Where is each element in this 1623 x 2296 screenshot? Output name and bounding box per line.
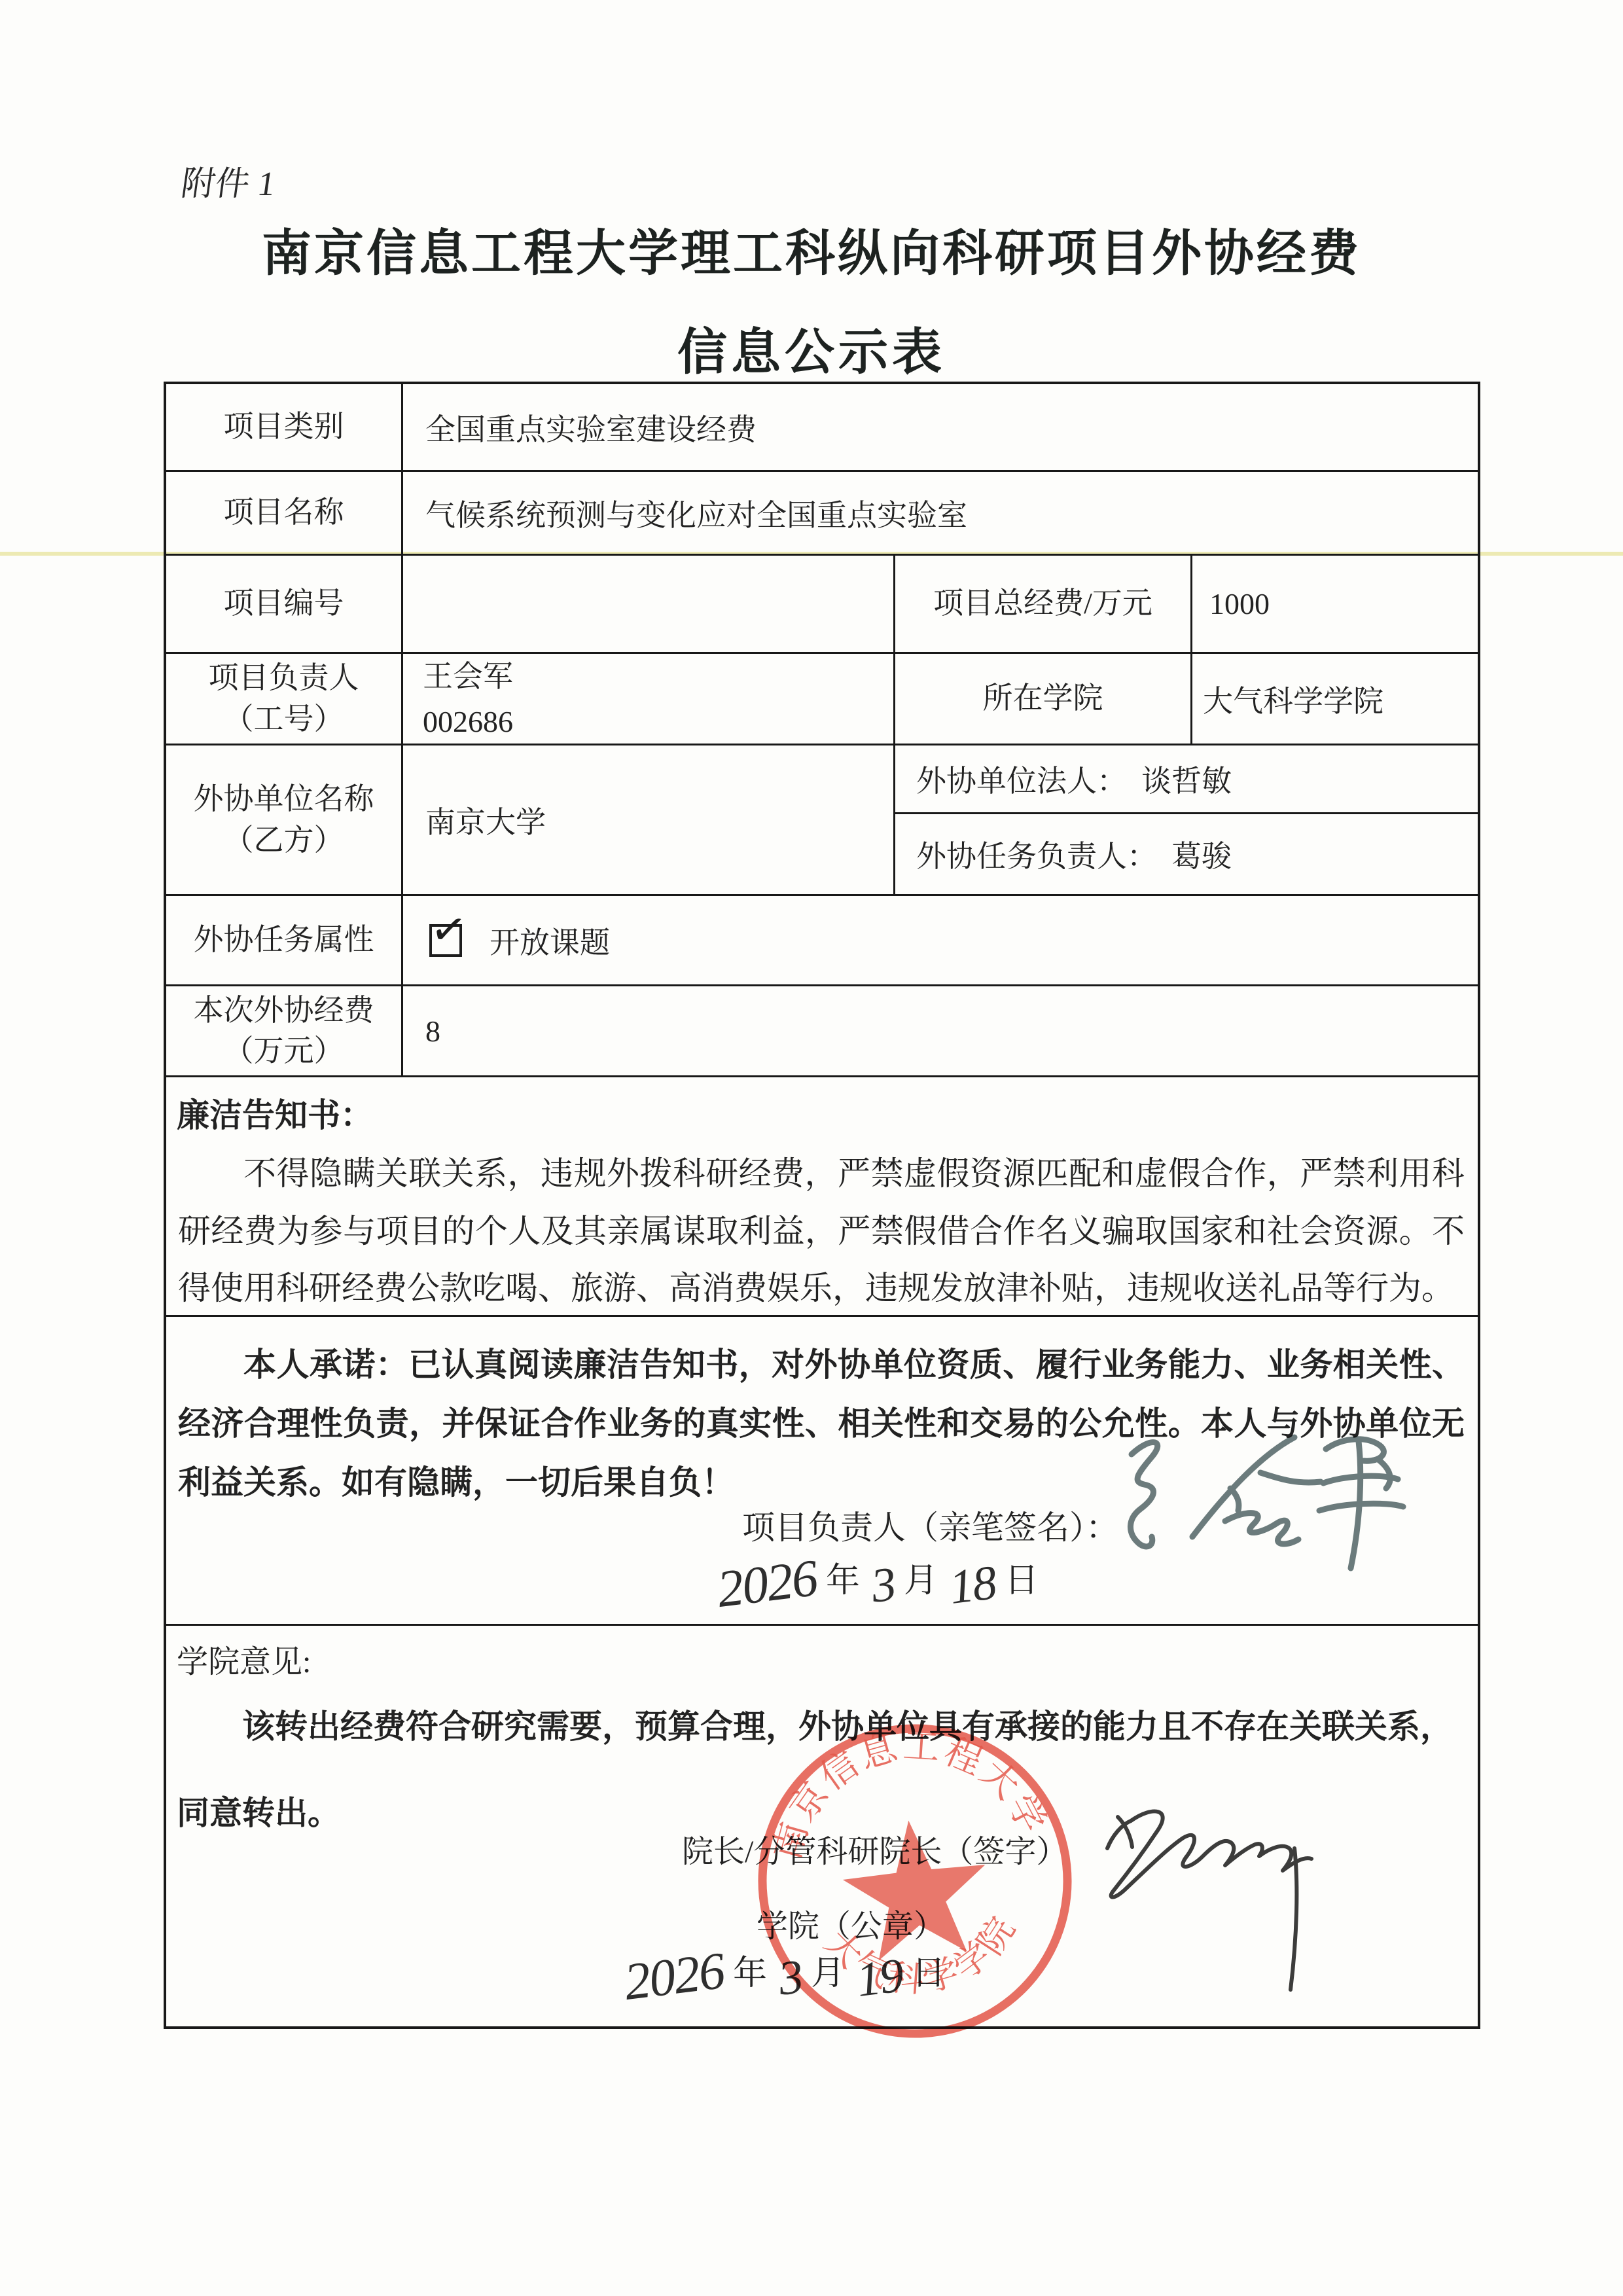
- leader-signature-label: 项目负责人（亲笔签名）：: [742, 1501, 1118, 1549]
- commitment-date-month: 3: [868, 1556, 898, 1615]
- project-category-value: 全国重点实验室建设经费: [403, 384, 1478, 470]
- project-number-value: [403, 556, 895, 652]
- project-name-value: 气候系统预测与变化应对全国重点实验室: [403, 472, 1478, 554]
- current-funds-label-line2: （万元）: [224, 1031, 344, 1071]
- project-leader-label: 项目负责人 （工号）: [166, 654, 403, 744]
- legal-person-value: 谈哲敏: [1141, 757, 1232, 800]
- current-funds-label: 本次外协经费 （万元）: [166, 986, 403, 1075]
- row-commitment: 本人承诺：已认真阅读廉洁告知书，对外协单位资质、履行业务能力、业务相关性、经济合…: [166, 1317, 1478, 1626]
- college-label: 所在学院: [895, 654, 1192, 744]
- row-task-attribute: 外协任务属性 ✓ 开放课题: [166, 896, 1478, 986]
- legal-person-row: 外协单位法人： 谈哲敏: [895, 745, 1478, 814]
- project-leader-label-line2: （工号）: [224, 699, 344, 740]
- task-leader-row: 外协任务负责人： 葛骏: [895, 814, 1478, 894]
- outsourcing-unit-value: 南京大学: [403, 745, 895, 894]
- outsourcing-unit-label-line1: 外协单位名称: [194, 779, 374, 819]
- commitment-date-day: 18: [946, 1555, 999, 1616]
- college-opinion-cell: 学院意见: 该转出经费符合研究需要，预算合理，外协单位具有承接的能力且不存在关联…: [166, 1626, 1478, 2026]
- integrity-heading: 廉洁告知书：: [177, 1089, 1466, 1136]
- outsourcing-unit-label-line2: （乙方）: [224, 820, 344, 861]
- integrity-notice-cell: 廉洁告知书： 不得隐瞒关联关系，违规外拨科研经费，严禁虚假资源匹配和虚假合作，严…: [166, 1077, 1478, 1315]
- commitment-cell: 本人承诺：已认真阅读廉洁告知书，对外协单位资质、履行业务能力、业务相关性、经济合…: [166, 1317, 1478, 1624]
- current-funds-value: 8: [403, 986, 1478, 1075]
- row-current-funds: 本次外协经费 （万元） 8: [166, 986, 1478, 1077]
- form-table: 项目类别 全国重点实验室建设经费 项目名称 气候系统预测与变化应对全国重点实验室…: [164, 382, 1480, 2029]
- checked-checkbox-icon: ✓: [429, 924, 462, 957]
- row-college-opinion: 学院意见: 该转出经费符合研究需要，预算合理，外协单位具有承接的能力且不存在关联…: [166, 1626, 1478, 2026]
- official-seal-stamp: 南京信息工程大学 大气科学学院: [728, 1694, 1102, 2068]
- task-leader-value: 葛骏: [1171, 833, 1232, 876]
- project-leader-id: 002686: [423, 699, 513, 744]
- form-title: 南京信息工程大学理工科纵向科研项目外协经费 信息公示表: [0, 213, 1623, 384]
- college-opinion-body-line2: 同意转出。: [177, 1785, 340, 1841]
- project-number-label: 项目编号: [166, 556, 403, 652]
- commitment-date: 2026年3月18日: [717, 1552, 1050, 1614]
- row-project-category: 项目类别 全国重点实验室建设经费: [166, 384, 1478, 472]
- commitment-date-day-unit: 日: [1005, 1552, 1039, 1602]
- total-budget-value: 1000: [1192, 556, 1478, 652]
- attachment-label: 附件 1: [179, 156, 279, 205]
- dean-handwritten-signature: [1069, 1785, 1357, 2015]
- check-mark-icon: ✓: [427, 902, 470, 957]
- row-outsourcing-unit: 外协单位名称 （乙方） 南京大学 外协单位法人： 谈哲敏 外协任务负责人： 葛骏: [166, 745, 1478, 896]
- row-project-number: 项目编号 项目总经费/万元 1000: [166, 556, 1478, 654]
- integrity-body: 不得隐瞒关联关系，违规外拨科研经费，严禁虚假资源匹配和虚假合作，严禁利用科研经费…: [178, 1145, 1465, 1318]
- form-title-line2: 信息公示表: [0, 312, 1623, 384]
- task-attribute-option: 开放课题: [490, 919, 610, 962]
- row-integrity-notice: 廉洁告知书： 不得隐瞒关联关系，违规外拨科研经费，严禁虚假资源匹配和虚假合作，严…: [166, 1077, 1478, 1317]
- task-attribute-label: 外协任务属性: [166, 896, 403, 984]
- project-leader-name: 王会军: [423, 654, 513, 699]
- outsourcing-unit-label: 外协单位名称 （乙方）: [166, 745, 403, 894]
- commitment-date-year-unit: 年: [826, 1552, 860, 1602]
- form-title-line1: 南京信息工程大学理工科纵向科研项目外协经费: [0, 213, 1623, 285]
- commitment-lead: 本人承诺：: [243, 1346, 408, 1383]
- project-name-label: 项目名称: [166, 472, 403, 554]
- legal-person-label: 外协单位法人：: [916, 757, 1127, 800]
- project-leader-label-line1: 项目负责人: [209, 658, 359, 698]
- outsourcing-contacts-cell: 外协单位法人： 谈哲敏 外协任务负责人： 葛骏: [895, 745, 1478, 894]
- current-funds-label-line1: 本次外协经费: [194, 990, 374, 1031]
- row-project-leader: 项目负责人 （工号） 王会军 002686 所在学院 大气科学学院: [166, 654, 1478, 745]
- row-project-name: 项目名称 气候系统预测与变化应对全国重点实验室: [166, 472, 1478, 556]
- college-date-year: 2026: [621, 1941, 727, 2013]
- task-attribute-value: ✓ 开放课题: [403, 896, 1478, 984]
- project-category-label: 项目类别: [166, 384, 403, 470]
- commitment-date-year: 2026: [714, 1549, 820, 1620]
- leader-handwritten-signature: [1096, 1408, 1423, 1585]
- total-budget-label: 项目总经费/万元: [895, 556, 1192, 652]
- scanned-form-page: { "page": { "attachment_label": "附件 1", …: [0, 0, 1623, 2296]
- task-leader-label: 外协任务负责人：: [916, 833, 1157, 876]
- college-opinion-heading: 学院意见:: [177, 1636, 311, 1681]
- commitment-date-month-unit: 月: [904, 1552, 938, 1602]
- project-leader-value: 王会军 002686: [403, 654, 895, 744]
- college-value: 大气科学学院: [1192, 654, 1478, 744]
